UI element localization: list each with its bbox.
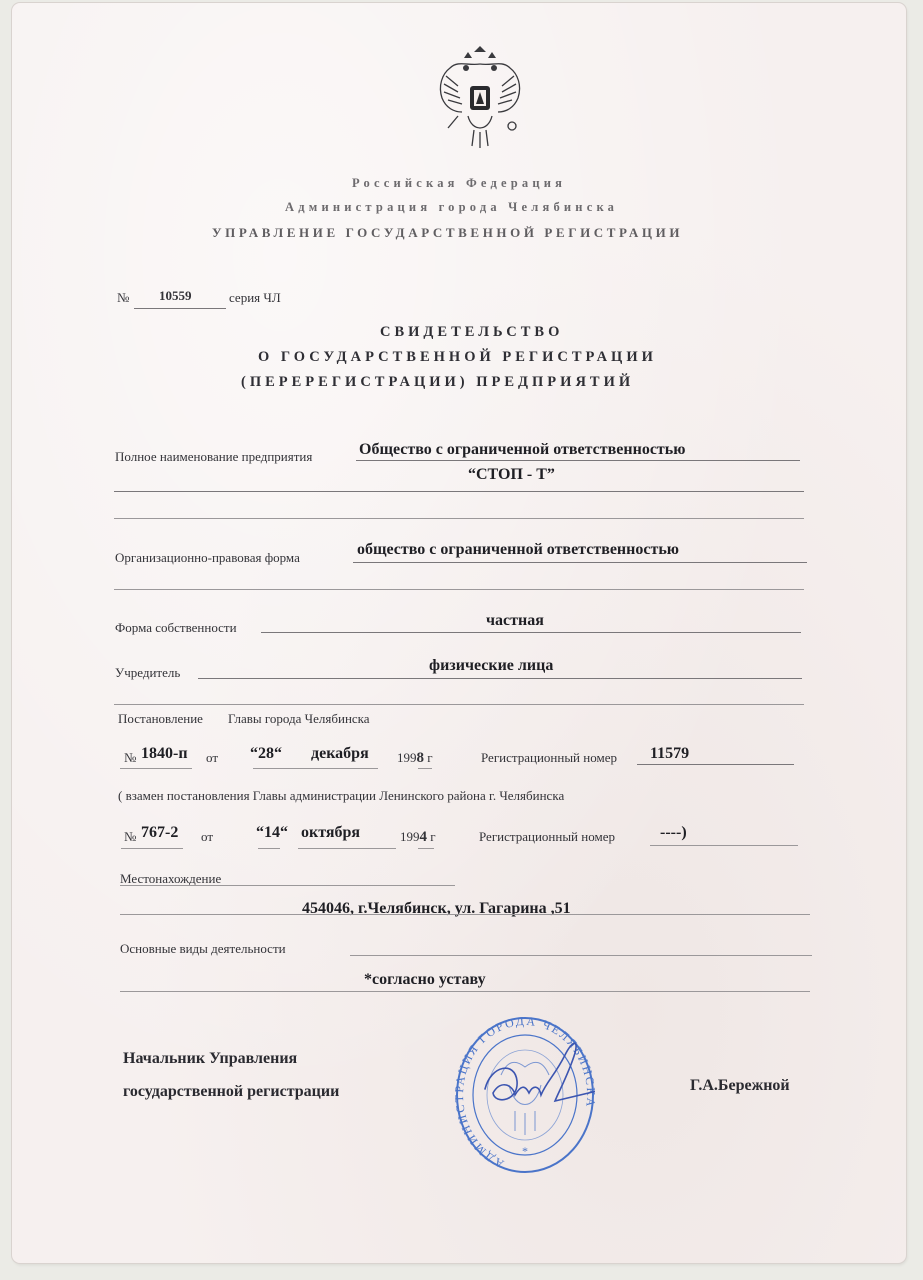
certificate-number: 10559 bbox=[159, 288, 192, 304]
full-name-underline-2 bbox=[114, 491, 804, 492]
resolution-year-unit: г bbox=[427, 750, 432, 765]
replacement-year-unit: г bbox=[430, 829, 435, 844]
header-department: УПРАВЛЕНИЕ ГОСУДАРСТВЕННОЙ РЕГИСТРАЦИИ bbox=[212, 225, 683, 241]
full-name-label: Полное наименование предприятия bbox=[115, 449, 312, 465]
replacement-reg-number: ----) bbox=[660, 824, 687, 842]
resolution-day: “28“ bbox=[250, 745, 282, 763]
founder-underline-2 bbox=[114, 704, 804, 705]
replacement-day: “14“ bbox=[256, 824, 288, 842]
resolution-reg-number-label: Регистрационный номер bbox=[481, 750, 617, 766]
replacement-year-underline bbox=[418, 848, 434, 849]
title-line-2: О ГОСУДАРСТВЕННОЙ РЕГИСТРАЦИИ bbox=[258, 349, 657, 366]
replacement-reg-number-underline bbox=[650, 845, 798, 846]
full-name-value-line-2: “СТОП - Т” bbox=[468, 466, 555, 484]
replacement-number-underline bbox=[121, 848, 183, 849]
location-value: 454046, г.Челябинск, ул. Гагарина ,51 bbox=[302, 900, 571, 918]
activities-underline bbox=[120, 991, 810, 992]
header-country: Российская Федерация bbox=[352, 176, 566, 191]
resolution-from-label: от bbox=[206, 750, 218, 766]
founder-value: физические лица bbox=[429, 657, 553, 675]
ownership-value: частная bbox=[486, 612, 544, 630]
location-underline bbox=[120, 914, 810, 915]
replacement-year: 1994 г bbox=[400, 829, 436, 846]
replacement-number: 767-2 bbox=[141, 824, 178, 842]
replacement-year-suffix: 4 bbox=[420, 829, 428, 845]
replacement-number-sign: № bbox=[124, 829, 136, 845]
legal-form-label: Организационно-правовая форма bbox=[115, 550, 300, 566]
replacement-reg-number-label: Регистрационный номер bbox=[479, 829, 615, 845]
activities-value: *согласно уставу bbox=[364, 971, 486, 989]
activities-label: Основные виды деятельности bbox=[120, 941, 286, 957]
resolution-label: Постановление bbox=[118, 711, 203, 727]
founder-label: Учредитель bbox=[115, 665, 180, 681]
full-name-underline-3 bbox=[114, 518, 804, 519]
location-label-underline bbox=[120, 885, 455, 886]
legal-form-value: общество с ограниченной ответственностью bbox=[357, 541, 679, 559]
founder-underline bbox=[198, 678, 802, 679]
resolution-number: 1840-п bbox=[141, 745, 188, 763]
replacement-label: ( взамен постановления Главы администрац… bbox=[118, 788, 564, 804]
header-administration: Администрация города Челябинска bbox=[285, 200, 618, 215]
resolution-year-underline bbox=[418, 768, 432, 769]
resolution-year-prefix: 199 bbox=[397, 750, 417, 765]
series-label: серия ЧЛ bbox=[229, 290, 281, 306]
full-name-underline-1 bbox=[356, 460, 800, 461]
resolution-reg-number: 11579 bbox=[650, 745, 689, 763]
resolution-year-suffix: 8 bbox=[417, 750, 425, 766]
signatory-name: Г.А.Бережной bbox=[690, 1077, 790, 1095]
resolution-number-underline bbox=[120, 768, 192, 769]
title-line-1: СВИДЕТЕЛЬСТВО bbox=[380, 324, 563, 341]
resolution-reg-number-underline bbox=[637, 764, 794, 765]
ownership-label: Форма собственности bbox=[115, 620, 237, 636]
full-name-value-line-1: Общество с ограниченной ответственностью bbox=[359, 441, 685, 459]
replacement-month: октября bbox=[301, 824, 360, 842]
replacement-year-prefix: 199 bbox=[400, 829, 420, 844]
signatory-position-line-2: государственной регистрации bbox=[123, 1083, 339, 1101]
replacement-month-underline bbox=[298, 848, 396, 849]
number-sign: № bbox=[117, 290, 129, 306]
activities-label-underline bbox=[350, 955, 812, 956]
resolution-date-underline bbox=[253, 768, 378, 769]
title-line-3: (ПЕРЕРЕГИСТРАЦИИ) ПРЕДПРИЯТИЙ bbox=[241, 374, 634, 391]
replacement-day-underline bbox=[258, 848, 280, 849]
resolution-year: 1998 г bbox=[397, 750, 433, 767]
svg-text:*: * bbox=[522, 1144, 528, 1158]
signatory-position-line-1: Начальник Управления bbox=[123, 1050, 297, 1068]
legal-form-underline-2 bbox=[114, 589, 804, 590]
ownership-underline bbox=[261, 632, 801, 633]
number-underline bbox=[134, 308, 226, 309]
replacement-from-label: от bbox=[201, 829, 213, 845]
official-stamp-icon: АДМИНИСТРАЦИЯ ГОРОДА ЧЕЛЯБИНСКА * bbox=[455, 1015, 595, 1175]
resolution-authority: Главы города Челябинска bbox=[228, 711, 370, 727]
resolution-month: декабря bbox=[311, 745, 369, 763]
coat-of-arms-icon bbox=[428, 46, 532, 156]
legal-form-underline-1 bbox=[353, 562, 807, 563]
resolution-number-sign: № bbox=[124, 750, 136, 766]
